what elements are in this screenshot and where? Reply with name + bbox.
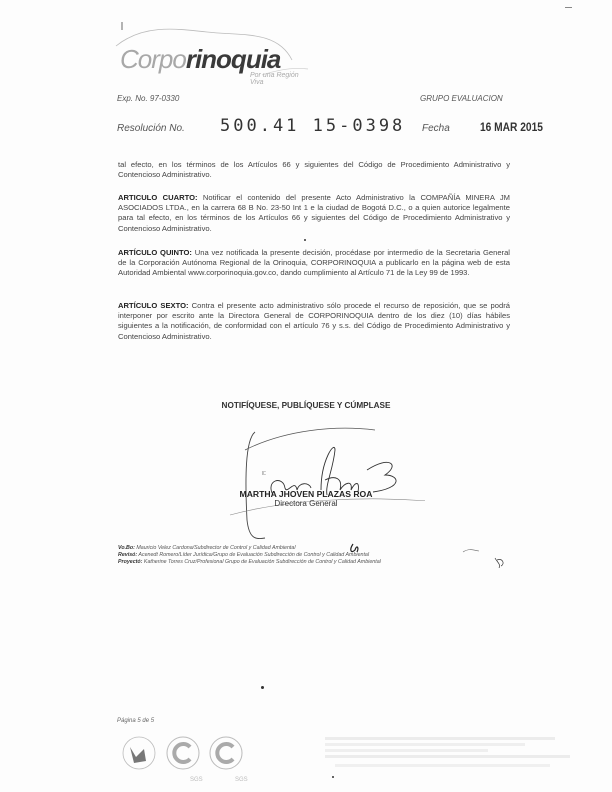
article-quinto: ARTÍCULO QUINTO: Una vez notificada la p… xyxy=(118,248,510,279)
scan-speck xyxy=(304,239,306,241)
approval-reviso: Revisó: Acenedt Romero/Líder Jurídica/Gr… xyxy=(118,552,369,558)
date-stamp: 16 MAR 2015 xyxy=(480,120,543,134)
approval-vobo: Vo.Bo: Mauricio Velez Cardona/Subdirecto… xyxy=(118,545,296,551)
logo-wordmark: Corporinoquia xyxy=(120,44,280,75)
article-heading: ARTICULO CUARTO: xyxy=(118,193,198,202)
certification-seals-icon: SGS SGS xyxy=(118,735,268,783)
initials-marks-icon xyxy=(345,538,525,568)
closing-formula: NOTIFÍQUESE, PUBLÍQUESE Y CÚMPLASE xyxy=(0,401,612,410)
group-label: GRUPO EVALUACION xyxy=(420,94,503,103)
svg-text:SGS: SGS xyxy=(190,777,203,783)
expediente-number: Exp. No. 97-0330 xyxy=(117,94,179,103)
scan-speck xyxy=(332,776,334,778)
svg-text:SGS: SGS xyxy=(235,777,248,783)
signer-title: Directora General xyxy=(0,499,612,508)
article-heading: ARTÍCULO SEXTO: xyxy=(118,301,189,310)
svg-text:ı:: ı: xyxy=(262,470,266,477)
article-sexto: ARTÍCULO SEXTO: Contra el presente acto … xyxy=(118,301,510,342)
resolution-number-stamp: 500.41 15-0398 xyxy=(220,116,405,136)
signer-name: MARTHA JHOVEN PLAZAS ROA xyxy=(0,489,612,499)
scan-speck xyxy=(261,686,264,689)
date-label: Fecha xyxy=(422,123,450,134)
document-page: Corporinoquia Por una Región Viva Exp. N… xyxy=(0,0,612,792)
article-heading: ARTÍCULO QUINTO: xyxy=(118,248,192,257)
article-cuarto: ARTICULO CUARTO: Notificar el contenido … xyxy=(118,193,510,234)
approval-proyecto: Proyectó: Katherine Torres Cruz/Profesio… xyxy=(118,559,381,565)
corporinoquia-logo: Corporinoquia Por una Región Viva xyxy=(112,20,312,80)
resolution-label: Resolución No. xyxy=(117,123,185,134)
logo-tagline: Por una Región Viva xyxy=(250,72,312,86)
footer-contact-info-faded xyxy=(325,734,575,770)
handwritten-signature-icon: ı: xyxy=(225,420,425,540)
intro-paragraph: tal efecto, en los términos de los Artíc… xyxy=(118,160,510,180)
page-number: Página 5 de 5 xyxy=(117,718,154,724)
scan-mark xyxy=(565,7,572,8)
